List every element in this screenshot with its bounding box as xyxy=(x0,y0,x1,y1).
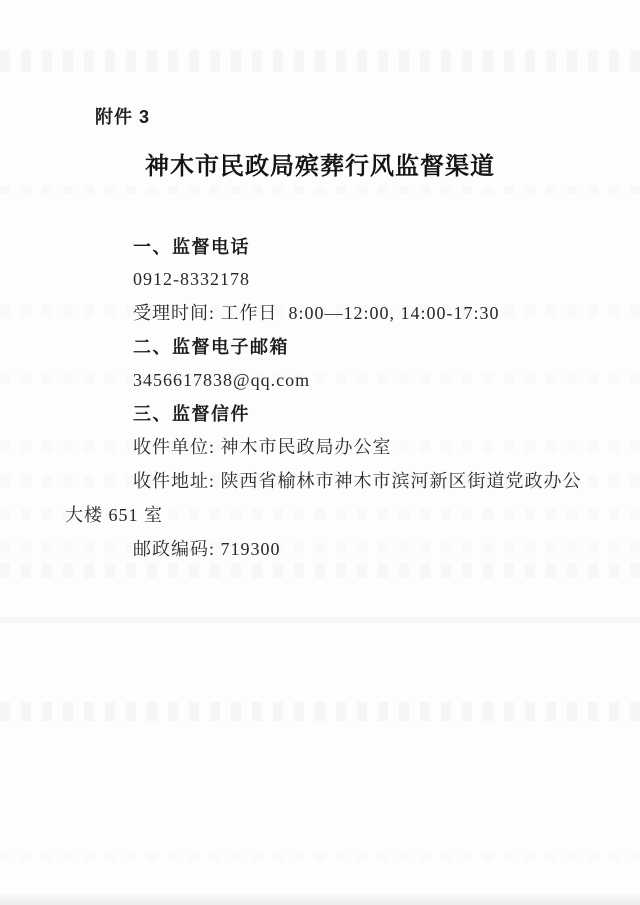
attachment-label: 附件 3 xyxy=(95,106,150,128)
recipient-address-line-1: 收件地址: 陕西省榆林市神木市滨河新区街道党政办公 xyxy=(133,470,582,492)
email-address: 3456617838@qq.com xyxy=(133,369,310,391)
service-hours: 受理时间: 工作日 8:00—12:00, 14:00-17:30 xyxy=(133,302,500,324)
section-email-heading: 二、监督电子邮箱 xyxy=(133,336,289,358)
scan-noise-band xyxy=(0,702,640,721)
postal-code: 邮政编码: 719300 xyxy=(133,538,281,560)
recipient-unit: 收件单位: 神木市民政局办公室 xyxy=(133,436,392,458)
recipient-address-line-2: 大楼 651 室 xyxy=(65,504,163,526)
scan-noise-band xyxy=(0,563,640,578)
scan-noise-band xyxy=(0,373,640,383)
scan-noise-band xyxy=(0,617,640,623)
scan-noise-band xyxy=(0,853,640,861)
scan-noise-band xyxy=(0,542,640,553)
document-title: 神木市民政局殡葬行风监督渠道 xyxy=(0,151,640,183)
section-mail-heading: 三、监督信件 xyxy=(133,403,250,425)
scan-noise-band xyxy=(0,186,640,194)
document-page: 附件 3 神木市民政局殡葬行风监督渠道 一、监督电话 0912-8332178 … xyxy=(0,0,640,905)
scan-noise-band xyxy=(0,50,640,72)
scan-edge-shadow xyxy=(0,894,640,905)
phone-number: 0912-8332178 xyxy=(133,268,250,290)
section-phone-heading: 一、监督电话 xyxy=(133,236,250,258)
